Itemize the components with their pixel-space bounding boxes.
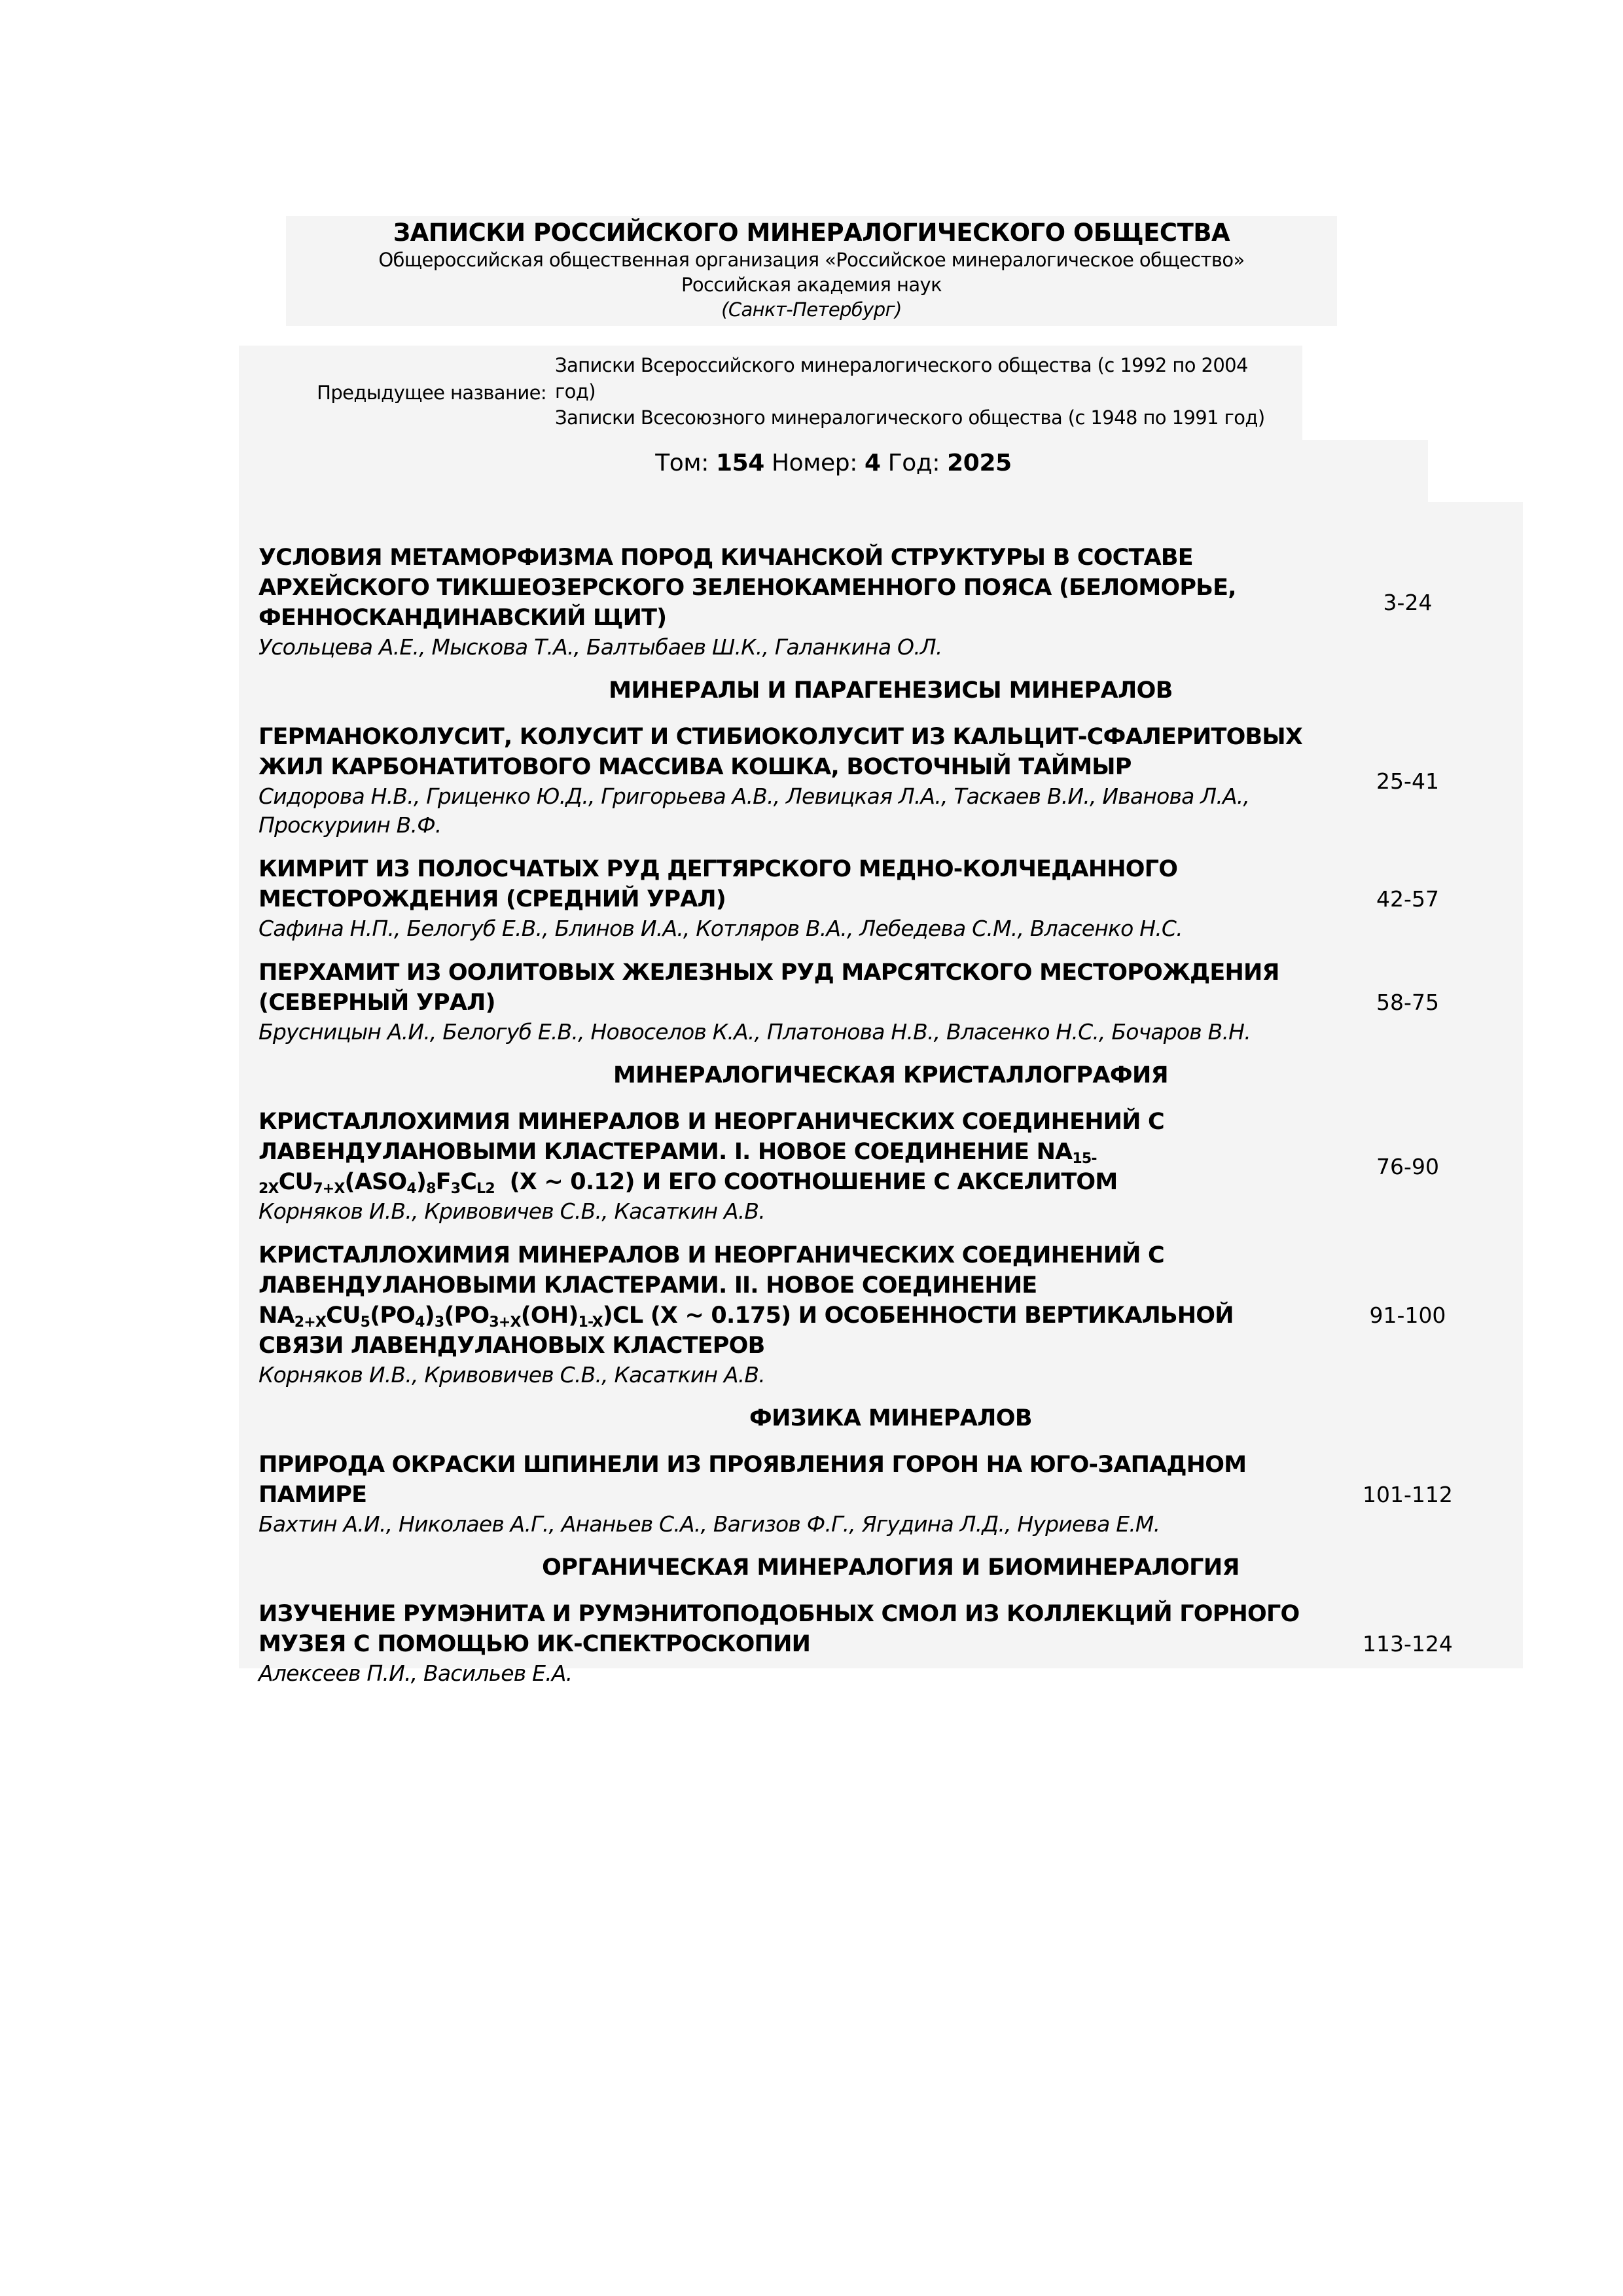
article-authors: Бахтин А.И., Николаев А.Г., Ананьев С.А.… xyxy=(259,1510,1312,1539)
article-title-link[interactable]: КИМРИТ ИЗ ПОЛОСЧАТЫХ РУД ДЕГТЯРСКОГО МЕД… xyxy=(259,854,1312,914)
article-authors: Усольцева А.Е., Мыскова Т.А., Балтыбаев … xyxy=(259,633,1312,662)
article-info: ПЕРХАМИТ ИЗ ООЛИТОВЫХ ЖЕЛЕЗНЫХ РУД МАРСЯ… xyxy=(259,958,1312,1047)
year-value: 2025 xyxy=(947,450,1012,476)
article-entry[interactable]: КИМРИТ ИЗ ПОЛОСЧАТЫХ РУД ДЕГТЯРСКОГО МЕД… xyxy=(259,854,1523,943)
toc-list: УСЛОВИЯ МЕТАМОРФИЗМА ПОРОД КИЧАНСКОЙ СТР… xyxy=(259,543,1523,1702)
article-title-link[interactable]: КРИСТАЛЛОХИМИЯ МИНЕРАЛОВ И НЕОРГАНИЧЕСКИ… xyxy=(259,1107,1312,1197)
article-pages: 3-24 xyxy=(1312,590,1523,615)
journal-header: ЗАПИСКИ РОССИЙСКОГО МИНЕРАЛОГИЧЕСКОГО ОБ… xyxy=(286,216,1337,326)
previous-name-label: Предыдущее название: xyxy=(317,380,546,406)
article-info: КИМРИТ ИЗ ПОЛОСЧАТЫХ РУД ДЕГТЯРСКОГО МЕД… xyxy=(259,854,1312,943)
article-pages: 42-57 xyxy=(1312,886,1523,912)
article-entry[interactable]: КРИСТАЛЛОХИМИЯ МИНЕРАЛОВ И НЕОРГАНИЧЕСКИ… xyxy=(259,1107,1523,1226)
section-heading: МИНЕРАЛЫ И ПАРАГЕНЕЗИСЫ МИНЕРАЛОВ xyxy=(259,676,1523,705)
article-title-link[interactable]: УСЛОВИЯ МЕТАМОРФИЗМА ПОРОД КИЧАНСКОЙ СТР… xyxy=(259,543,1312,633)
article-info: УСЛОВИЯ МЕТАМОРФИЗМА ПОРОД КИЧАНСКОЙ СТР… xyxy=(259,543,1312,662)
article-entry[interactable]: УСЛОВИЯ МЕТАМОРФИЗМА ПОРОД КИЧАНСКОЙ СТР… xyxy=(259,543,1523,662)
volume-value: 154 xyxy=(716,450,764,476)
volume-label: Том: xyxy=(655,450,709,476)
article-authors: Корняков И.В., Кривовичев С.В., Касаткин… xyxy=(259,1361,1312,1390)
previous-name-values: Записки Всероссийского минералогического… xyxy=(555,352,1288,431)
issue-info-line: Том: 154 Номер: 4 Год: 2025 xyxy=(239,449,1428,478)
issue-info-block: Том: 154 Номер: 4 Год: 2025 xyxy=(239,440,1428,502)
article-title-link[interactable]: ПРИРОДА ОКРАСКИ ШПИНЕЛИ ИЗ ПРОЯВЛЕНИЯ ГО… xyxy=(259,1450,1312,1510)
article-pages: 25-41 xyxy=(1312,768,1523,794)
previous-name-2: Записки Всесоюзного минералогического об… xyxy=(555,404,1288,431)
article-authors: Сидорова Н.В., Гриценко Ю.Д., Григорьева… xyxy=(259,782,1312,840)
article-title-link[interactable]: ИЗУЧЕНИЕ РУМЭНИТА И РУМЭНИТОПОДОБНЫХ СМО… xyxy=(259,1599,1312,1659)
organization-name: Общероссийская общественная организация … xyxy=(286,247,1337,272)
previous-names-block: Предыдущее название: Записки Всероссийск… xyxy=(239,346,1302,440)
article-info: КРИСТАЛЛОХИМИЯ МИНЕРАЛОВ И НЕОРГАНИЧЕСКИ… xyxy=(259,1107,1312,1226)
previous-name-1: Записки Всероссийского минералогического… xyxy=(555,352,1288,404)
article-pages: 113-124 xyxy=(1312,1631,1523,1657)
article-authors: Брусницын А.И., Белогуб Е.В., Новоселов … xyxy=(259,1018,1312,1047)
number-label: Номер: xyxy=(772,450,857,476)
table-of-contents: УСЛОВИЯ МЕТАМОРФИЗМА ПОРОД КИЧАНСКОЙ СТР… xyxy=(239,502,1523,1668)
article-entry[interactable]: ГЕРМАНОКОЛУСИТ, КОЛУСИТ И СТИБИОКОЛУСИТ … xyxy=(259,722,1523,840)
article-authors: Сафина Н.П., Белогуб Е.В., Блинов И.А., … xyxy=(259,914,1312,943)
article-pages: 58-75 xyxy=(1312,990,1523,1015)
journal-title: ЗАПИСКИ РОССИЙСКОГО МИНЕРАЛОГИЧЕСКОГО ОБ… xyxy=(286,219,1337,247)
article-pages: 91-100 xyxy=(1312,1302,1523,1328)
article-entry[interactable]: ПЕРХАМИТ ИЗ ООЛИТОВЫХ ЖЕЛЕЗНЫХ РУД МАРСЯ… xyxy=(259,958,1523,1047)
article-authors: Корняков И.В., Кривовичев С.В., Касаткин… xyxy=(259,1197,1312,1226)
city-name: (Санкт-Петербург) xyxy=(286,297,1337,322)
article-pages: 101-112 xyxy=(1312,1482,1523,1507)
article-authors: Алексеев П.И., Васильев Е.А. xyxy=(259,1659,1312,1688)
article-info: ИЗУЧЕНИЕ РУМЭНИТА И РУМЭНИТОПОДОБНЫХ СМО… xyxy=(259,1599,1312,1688)
article-title-link[interactable]: КРИСТАЛЛОХИМИЯ МИНЕРАЛОВ И НЕОРГАНИЧЕСКИ… xyxy=(259,1240,1312,1361)
section-heading: МИНЕРАЛОГИЧЕСКАЯ КРИСТАЛЛОГРАФИЯ xyxy=(259,1061,1523,1090)
article-entry[interactable]: ПРИРОДА ОКРАСКИ ШПИНЕЛИ ИЗ ПРОЯВЛЕНИЯ ГО… xyxy=(259,1450,1523,1539)
article-info: ГЕРМАНОКОЛУСИТ, КОЛУСИТ И СТИБИОКОЛУСИТ … xyxy=(259,722,1312,840)
article-entry[interactable]: ИЗУЧЕНИЕ РУМЭНИТА И РУМЭНИТОПОДОБНЫХ СМО… xyxy=(259,1599,1523,1688)
article-title-link[interactable]: ПЕРХАМИТ ИЗ ООЛИТОВЫХ ЖЕЛЕЗНЫХ РУД МАРСЯ… xyxy=(259,958,1312,1018)
section-heading: ФИЗИКА МИНЕРАЛОВ xyxy=(259,1404,1523,1433)
article-title-link[interactable]: ГЕРМАНОКОЛУСИТ, КОЛУСИТ И СТИБИОКОЛУСИТ … xyxy=(259,722,1312,782)
article-info: ПРИРОДА ОКРАСКИ ШПИНЕЛИ ИЗ ПРОЯВЛЕНИЯ ГО… xyxy=(259,1450,1312,1539)
year-label: Год: xyxy=(888,450,940,476)
article-info: КРИСТАЛЛОХИМИЯ МИНЕРАЛОВ И НЕОРГАНИЧЕСКИ… xyxy=(259,1240,1312,1390)
section-heading: ОРГАНИЧЕСКАЯ МИНЕРАЛОГИЯ И БИОМИНЕРАЛОГИ… xyxy=(259,1553,1523,1582)
article-pages: 76-90 xyxy=(1312,1154,1523,1179)
academy-name: Российская академия наук xyxy=(286,272,1337,297)
number-value: 4 xyxy=(865,450,881,476)
article-entry[interactable]: КРИСТАЛЛОХИМИЯ МИНЕРАЛОВ И НЕОРГАНИЧЕСКИ… xyxy=(259,1240,1523,1390)
